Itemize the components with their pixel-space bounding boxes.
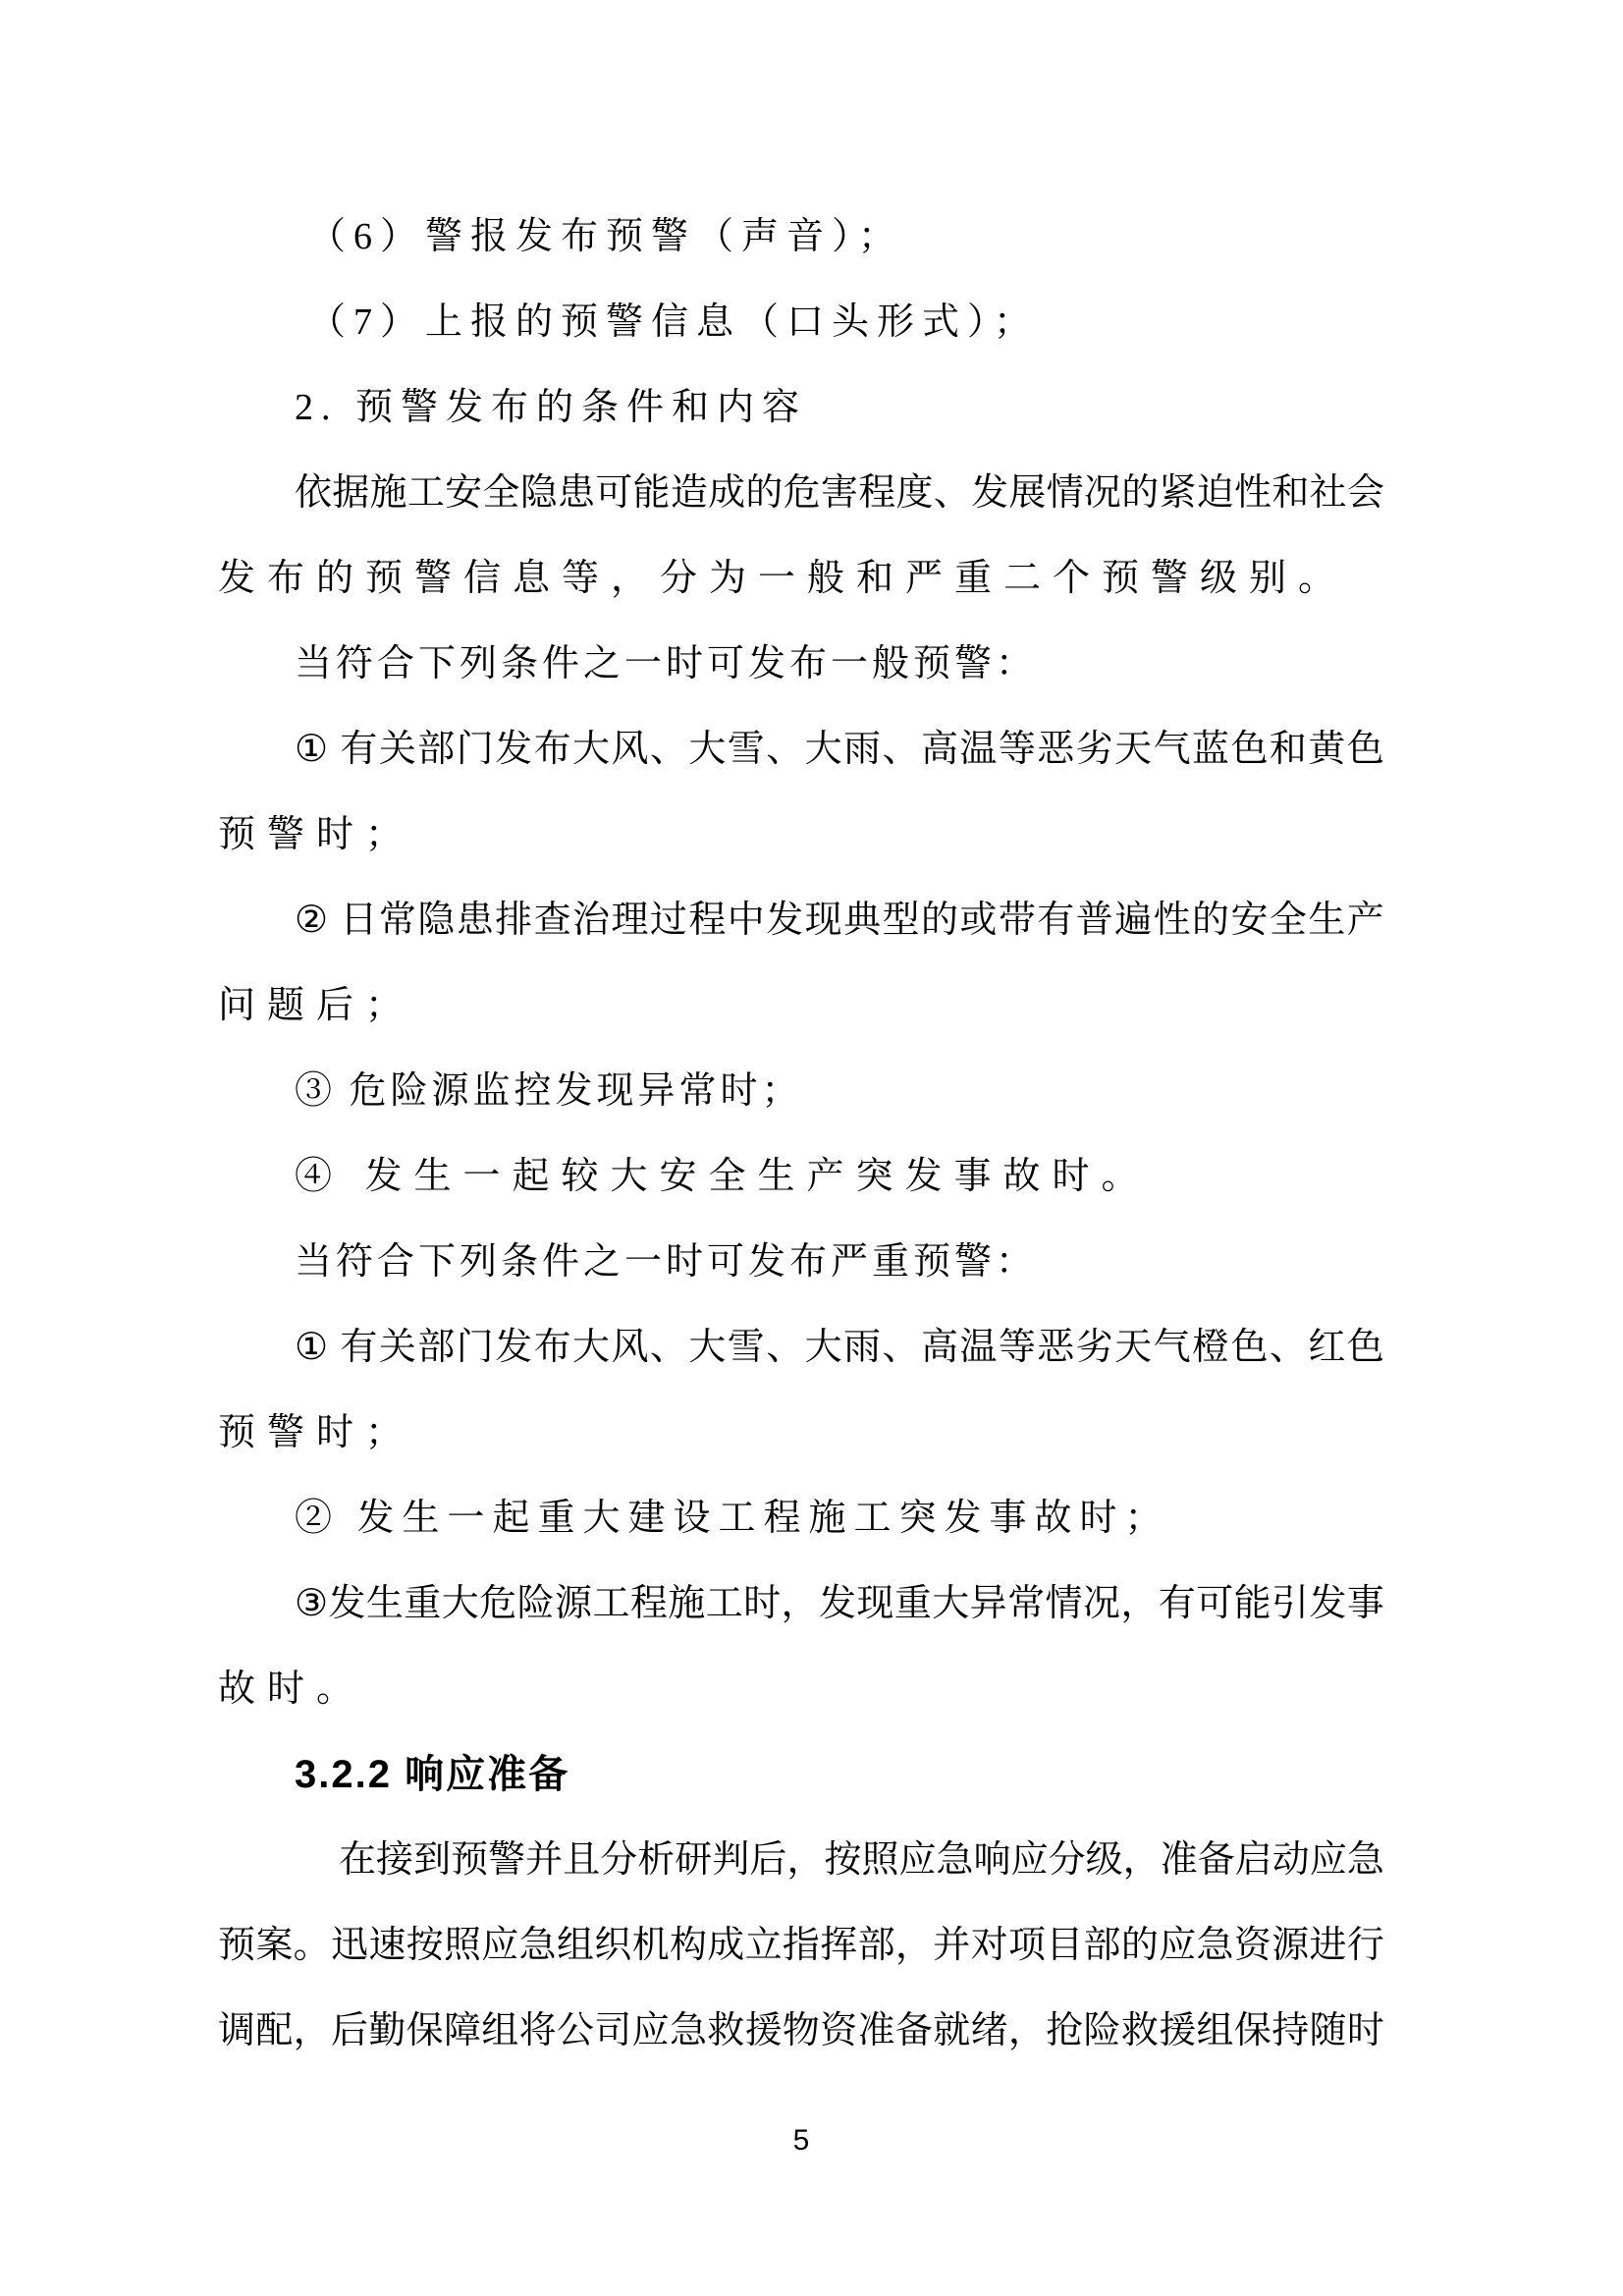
doc-line: 问题后； (218, 963, 1384, 1049)
doc-line: ③发生重大危险源工程施工时，发现重大异常情况，有可能引发事 (218, 1561, 1384, 1647)
page-body: （6）警报发布预警（声音）； （7）上报的预警信息（口头形式）； 2. 预警发布… (218, 194, 1384, 2074)
doc-line: （6）警报发布预警（声音）； (218, 194, 1384, 280)
doc-line: （7）上报的预警信息（口头形式）； (218, 280, 1384, 365)
doc-line: 故时。 (218, 1647, 1384, 1732)
doc-line: 发布的预警信息等，分为一般和严重二个预警级别。 (218, 536, 1384, 622)
doc-line: ② 日常隐患排查治理过程中发现典型的或带有普遍性的安全生产 (218, 878, 1384, 963)
document-page: （6）警报发布预警（声音）； （7）上报的预警信息（口头形式）； 2. 预警发布… (0, 0, 1623, 2296)
doc-line: 当符合下列条件之一时可发布一般预警： (218, 622, 1384, 707)
doc-line: ① 有关部门发布大风、大雪、大雨、高温等恶劣天气橙色、红色 (218, 1305, 1384, 1391)
doc-line: ③ 危险源监控发现异常时； (218, 1049, 1384, 1134)
doc-line: 调配，后勤保障组将公司应急救援物资准备就绪，抢险救援组保持随时 (218, 1989, 1384, 2074)
section-heading: 3.2.2 响应准备 (218, 1732, 1384, 1818)
doc-line: 预警时； (218, 1391, 1384, 1476)
doc-line: 当符合下列条件之一时可发布严重预警： (218, 1220, 1384, 1305)
doc-line: 在接到预警并且分析研判后，按照应急响应分级，准备启动应急 (218, 1818, 1384, 1903)
doc-line: 2. 预警发布的条件和内容 (218, 365, 1384, 451)
doc-line: 预案。迅速按照应急组织机构成立指挥部，并对项目部的应急资源进行 (218, 1903, 1384, 1989)
doc-line: ② 发生一起重大建设工程施工突发事故时； (218, 1476, 1384, 1561)
doc-line: 预警时； (218, 793, 1384, 878)
doc-line: 依据施工安全隐患可能造成的危害程度、发展情况的紧迫性和社会 (218, 451, 1384, 536)
doc-line: ① 有关部门发布大风、大雪、大雨、高温等恶劣天气蓝色和黄色 (218, 707, 1384, 793)
doc-line: ④ 发生一起较大安全生产突发事故时。 (218, 1134, 1384, 1220)
page-number: 5 (218, 2121, 1384, 2160)
